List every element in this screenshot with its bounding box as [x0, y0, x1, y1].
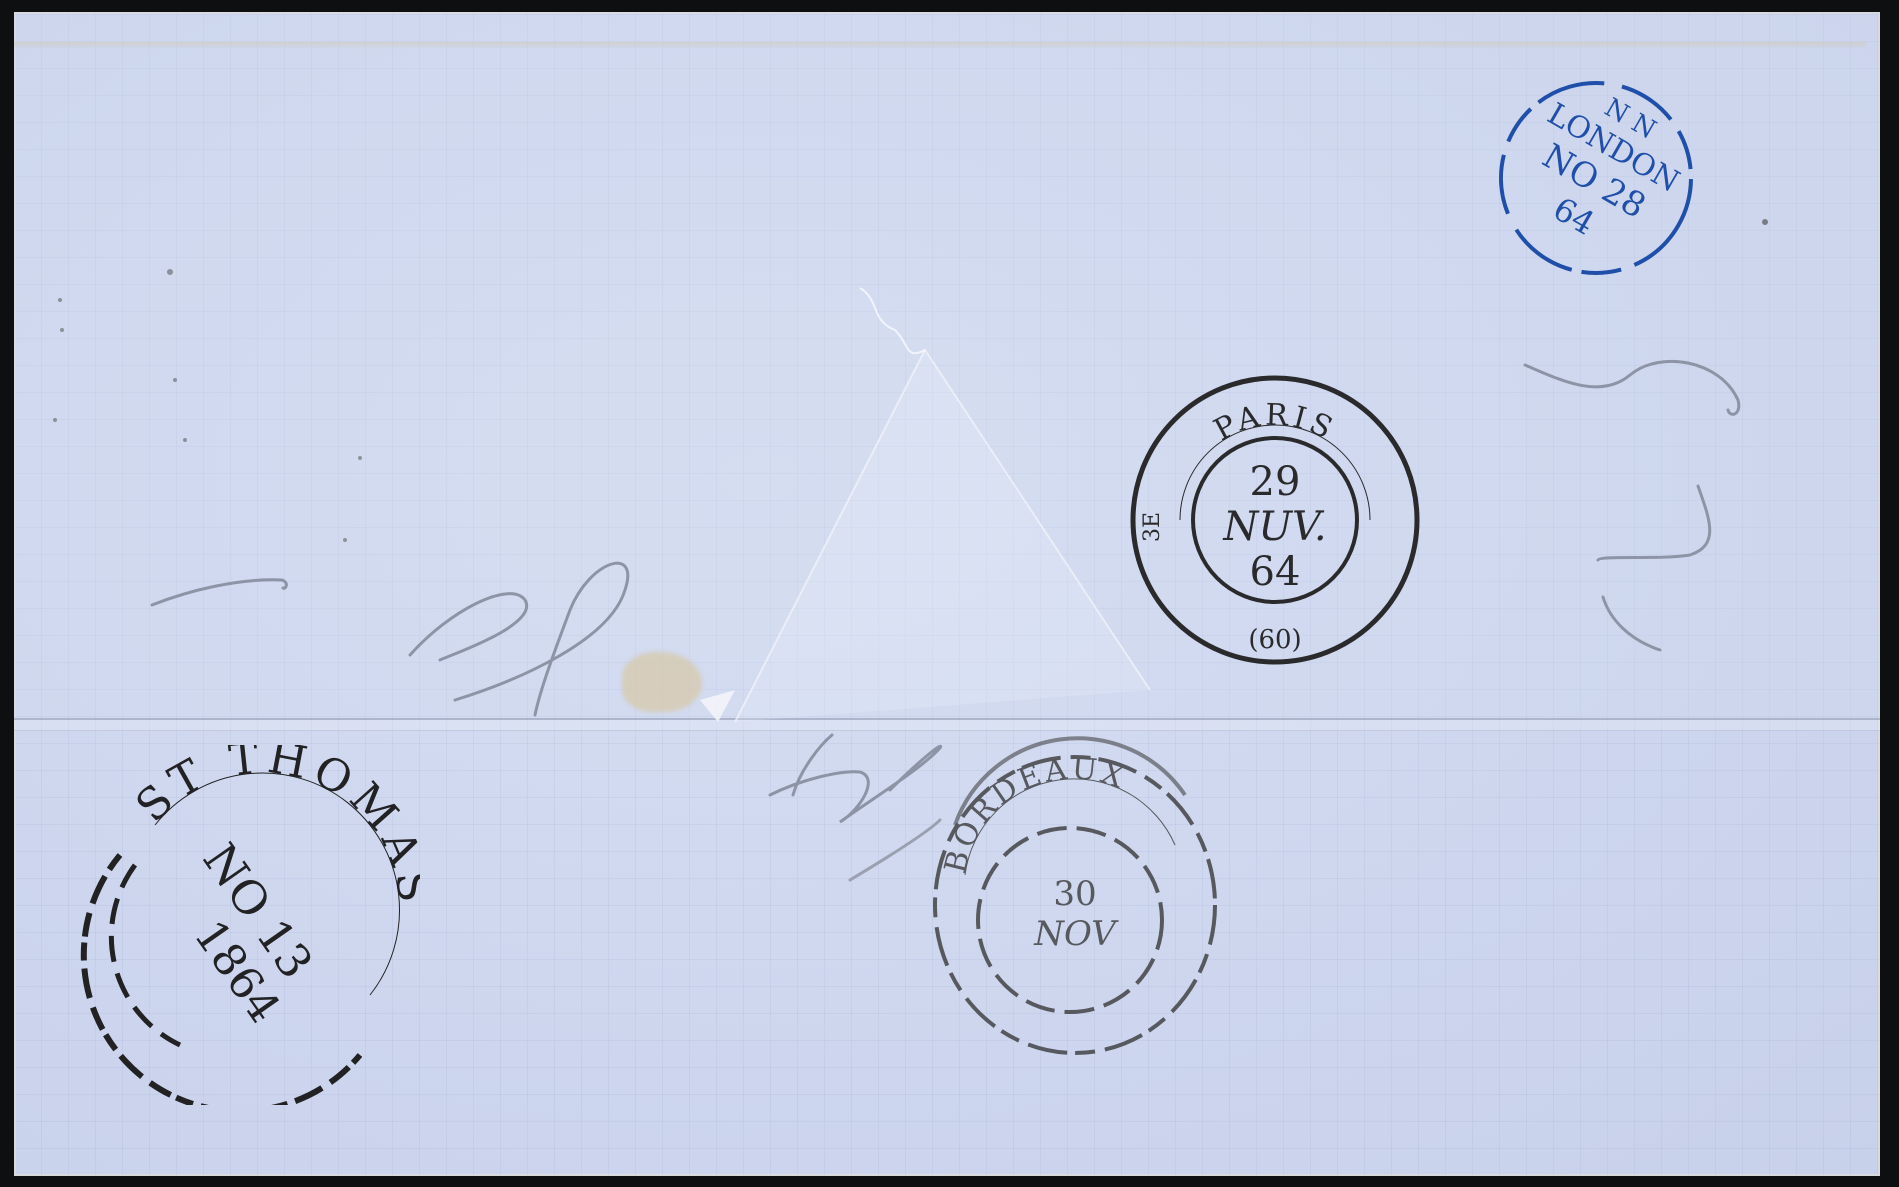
top-fold-crease	[14, 42, 1866, 48]
paper-stain	[622, 652, 702, 712]
center-fold-line	[14, 718, 1880, 731]
artifact-type-label: Postal cover (folded letter, reverse)	[0, 0, 1, 1]
cover-top-flap	[14, 12, 1880, 720]
